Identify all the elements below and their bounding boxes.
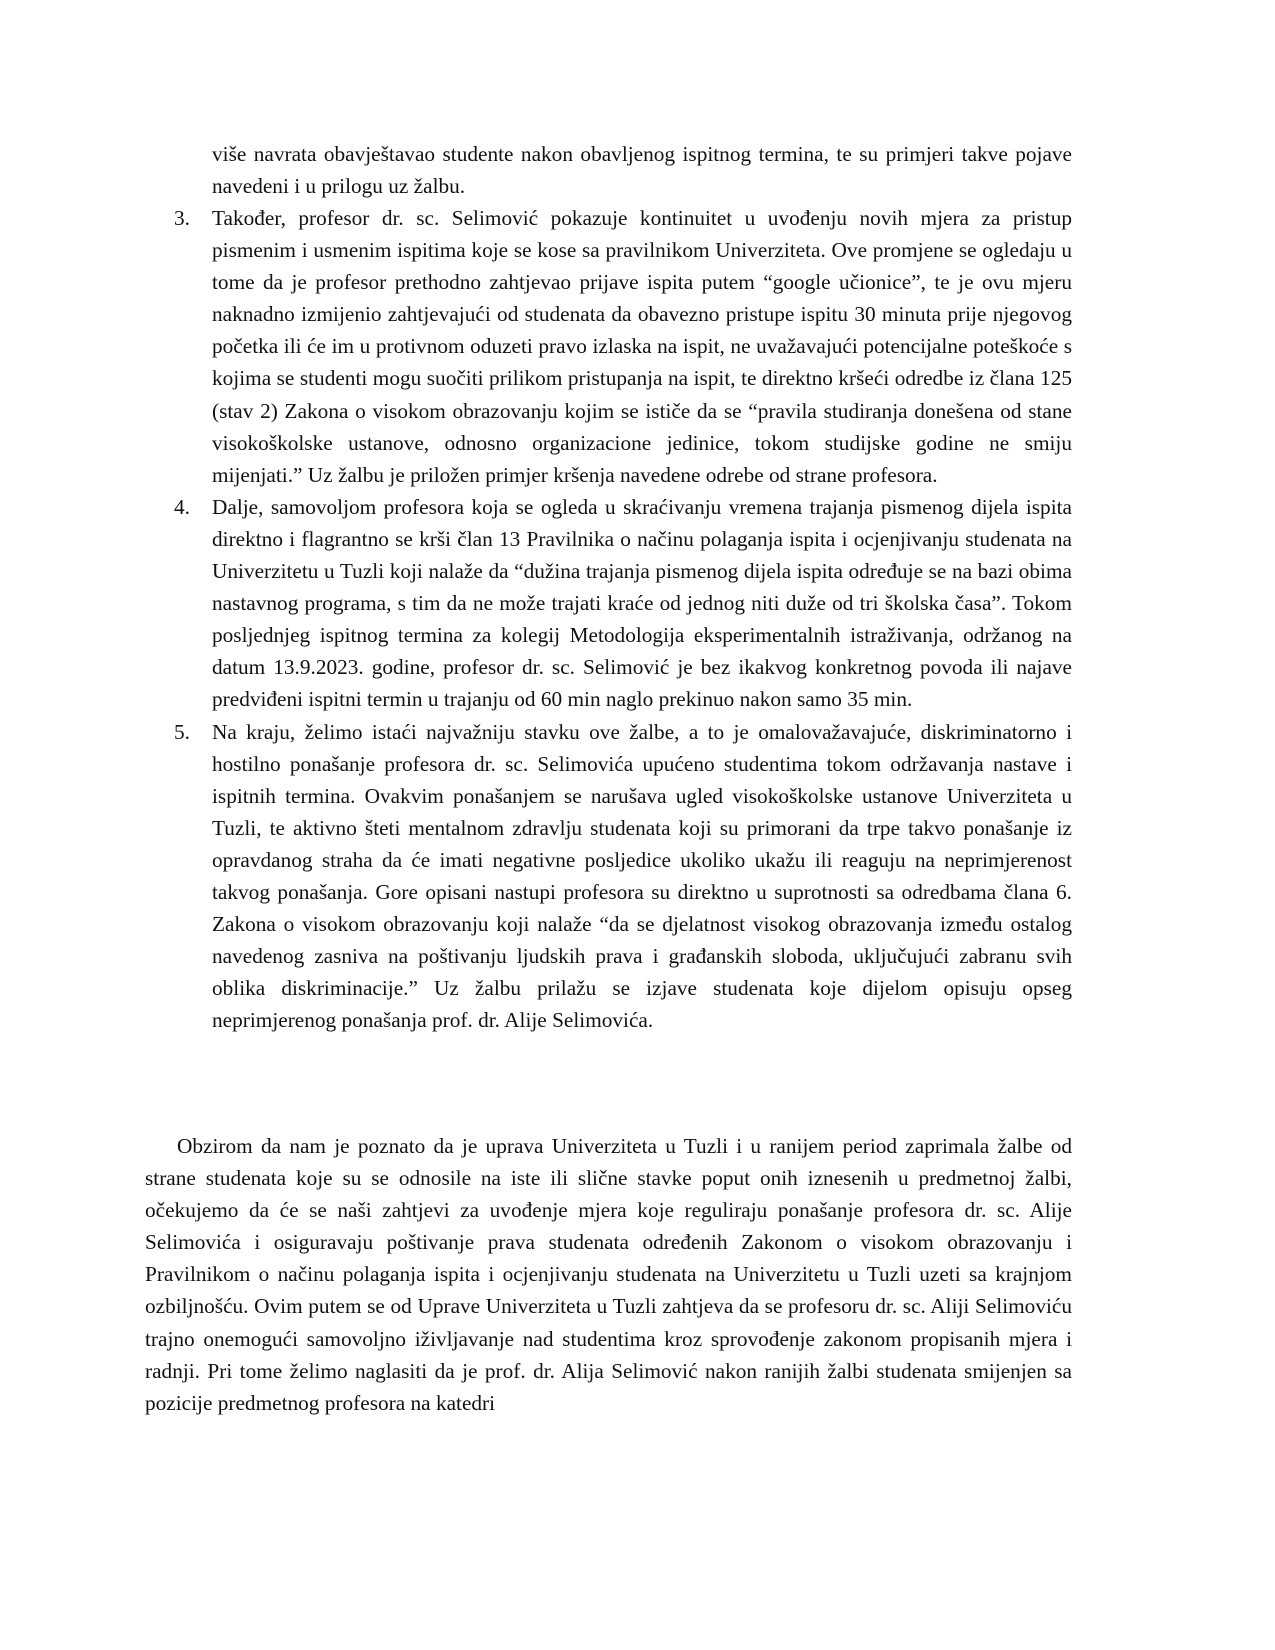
list-item-text: Dalje, samovoljom profesora koja se ogle… xyxy=(212,495,1072,712)
list-item-number: 4. xyxy=(174,491,190,523)
list-item-text: Na kraju, želimo istaći najvažniju stavk… xyxy=(212,720,1072,1033)
closing-paragraph: Obzirom da nam je poznato da je uprava U… xyxy=(145,1130,1072,1419)
list-item-3: 3. Također, profesor dr. sc. Selimović p… xyxy=(212,202,1072,491)
complaint-items-list: 3. Također, profesor dr. sc. Selimović p… xyxy=(212,202,1072,1036)
list-item-number: 3. xyxy=(174,202,190,234)
list-item-4: 4. Dalje, samovoljom profesora koja se o… xyxy=(212,491,1072,716)
list-item-text: Također, profesor dr. sc. Selimović poka… xyxy=(212,206,1072,487)
list-item-continuation: više navrata obavještavao studente nakon… xyxy=(212,138,1072,202)
list-item-number: 5. xyxy=(174,716,190,748)
list-item-5: 5. Na kraju, želimo istaći najvažniju st… xyxy=(212,716,1072,1037)
document-page: više navrata obavještavao studente nakon… xyxy=(0,0,1275,1650)
